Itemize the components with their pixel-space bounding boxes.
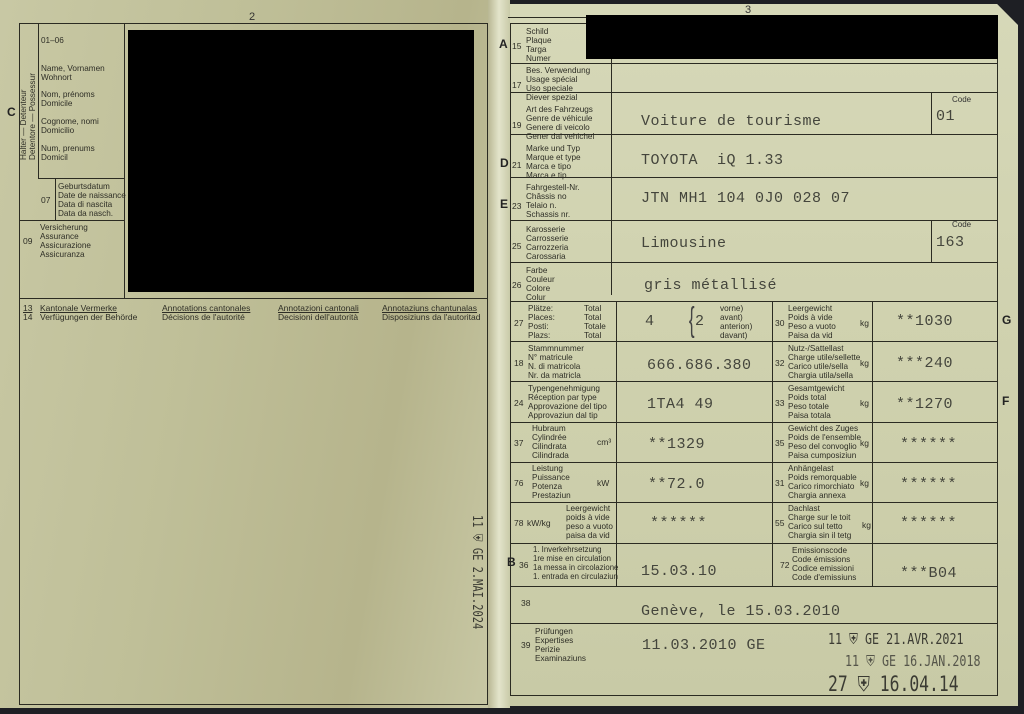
field-07-label: Geburtsdatum <box>58 182 110 191</box>
field-30-label: Poids à vide <box>788 313 833 322</box>
field-37-label: Cylindrée <box>532 433 567 442</box>
field-24-label: Approvaziun dal tip <box>528 411 598 420</box>
field-23-number: 23 <box>512 201 521 211</box>
row-line <box>511 502 998 503</box>
row-line <box>511 381 998 382</box>
field-36-number: 36 <box>519 560 528 570</box>
total-weight-value: **1270 <box>896 396 953 413</box>
field-36-label: 1. entrada en circulaziun <box>533 572 618 581</box>
annotation-de-sub: Verfügungen der Behörde <box>40 313 137 323</box>
annotation-rm-sub: Disposiziuns da l'autoritad <box>382 313 480 323</box>
field-30-label: Paisa da vid <box>788 331 833 340</box>
field-31-label: Chargia annexa <box>788 491 846 500</box>
field-78-label: Leergewicht <box>566 504 610 513</box>
code-label: Code <box>952 95 971 104</box>
field-32-number: 32 <box>775 358 784 368</box>
field-27-number: 27 <box>514 318 523 328</box>
unit-cm3: cm³ <box>597 437 611 447</box>
field-55-number: 55 <box>775 518 784 528</box>
row-line <box>511 422 998 423</box>
row-line <box>511 92 998 93</box>
field-31-label: Carico rimorchiato <box>788 482 854 491</box>
field-33-label: Gesamtgewicht <box>788 384 844 393</box>
field-31-label: Anhängelast <box>788 464 834 473</box>
field-15-number: 15 <box>512 41 521 51</box>
code-label: Code <box>952 220 971 229</box>
field-25-label: Carossaria <box>526 252 566 261</box>
label-col-divider <box>124 23 125 298</box>
field-01-06-label: Cognome, nomi <box>41 117 99 126</box>
inspection-value: 11.03.2010 GE <box>642 637 766 654</box>
field-07-label: Data da nasch. <box>58 209 113 218</box>
field-15-label: Plaque <box>526 36 552 45</box>
section-letter-e: E <box>500 197 508 211</box>
field-19-label: Art des Fahrzeugs <box>526 105 593 114</box>
field-32-label: Chargia utila/sella <box>788 371 853 380</box>
grid-v-right-edge <box>997 301 998 586</box>
field-76-label: Leistung <box>532 464 563 473</box>
field-24-number: 24 <box>514 398 523 408</box>
field-24-label: Réception par type <box>528 393 597 402</box>
displacement-value: **1329 <box>648 436 705 453</box>
field-07-label: Date de naissance <box>58 191 126 200</box>
field-72-number: 72 <box>780 560 789 570</box>
row-line <box>511 341 998 342</box>
field-01-06-label: Domicil <box>41 153 68 162</box>
unit-kg: kg <box>860 478 869 488</box>
row-line <box>511 177 998 178</box>
field-27-total: Totale <box>584 322 606 331</box>
field-17-number: 17 <box>512 80 521 90</box>
roof-load-value: ****** <box>900 515 957 532</box>
field-26-label: Colore <box>526 284 550 293</box>
row-divider-09 <box>20 220 125 221</box>
field-18-label: Stammnummer <box>528 344 584 353</box>
field-21-label: Marca e tip <box>526 171 567 180</box>
unit-kg: kg <box>860 318 869 328</box>
field-17-label: Bes. Verwendung <box>526 66 590 75</box>
field-30-number: 30 <box>775 318 784 328</box>
field-09-label: Assicuranza <box>40 250 85 259</box>
field-72-label: Code d'emissiuns <box>792 573 856 582</box>
unit-kg: kg <box>860 358 869 368</box>
matriculation-value: 666.686.380 <box>647 357 752 374</box>
field-25-label: Karosserie <box>526 225 565 234</box>
field-18-label: Nr. da matricla <box>528 371 581 380</box>
field-01-06-label: Domicilio <box>41 126 74 135</box>
inspection-stamp-2014: 27 ⛨ 16.04.14 <box>828 672 959 697</box>
field-23-label: Châssis no <box>526 192 567 201</box>
field-17-label: Diever spezial <box>526 93 577 102</box>
seats-front-value: 2 <box>695 313 705 330</box>
field-07-number: 07 <box>41 195 50 205</box>
code-col-divider-19 <box>931 92 932 134</box>
power-value: **72.0 <box>648 476 705 493</box>
field-33-label: Paisa totala <box>788 411 831 420</box>
unit-kw-per-kg: kW/kg <box>527 518 551 528</box>
section-letter-c: C <box>7 105 16 119</box>
field-31-label: Poids remorquable <box>788 473 857 482</box>
holder-vertical-label-1: Halter — Detenteur <box>19 89 28 160</box>
grid-v-right-labels <box>872 301 873 586</box>
field-32-label: Charge utile/sellette <box>788 353 860 362</box>
field-78-label: poids à vide <box>566 513 610 522</box>
field-01-06-label: Nom, prénoms <box>41 90 95 99</box>
field-35-label: Paisa cumposiziun <box>788 451 856 460</box>
field-07-label: Data di nascita <box>58 200 112 209</box>
field-37-label: Cilindrata <box>532 442 567 451</box>
field-25-label: Carrozzeria <box>526 243 568 252</box>
field-78-number: 78 <box>514 518 523 528</box>
field-01-06-label: Wohnort <box>41 73 72 82</box>
field-35-label: Peso del convoglio <box>788 442 857 451</box>
field-72-label: Emissionscode <box>792 546 847 555</box>
train-weight-value: ****** <box>900 436 957 453</box>
seats-front-label: davant) <box>720 331 747 340</box>
code-col-divider-25 <box>931 220 932 262</box>
annotation-number-14: 14 <box>23 313 32 323</box>
field-15-label: Targa <box>526 45 546 54</box>
field-26-number: 26 <box>512 280 521 290</box>
field-37-number: 37 <box>514 438 523 448</box>
unit-kg: kg <box>860 398 869 408</box>
field-21-label: Marque et type <box>526 153 581 162</box>
page-number-left: 2 <box>249 11 255 23</box>
annotations-divider <box>20 298 488 299</box>
field-18-number: 18 <box>514 358 523 368</box>
page-gutter <box>488 0 510 708</box>
field-01-06-label: Name, Vornamen <box>41 64 105 73</box>
field-19-number: 19 <box>512 120 521 130</box>
inspection-stamp-2021: 11 ⛨ GE 21.AVR.2021 <box>828 630 964 648</box>
field-39-label: Examinaziuns <box>535 654 586 663</box>
field-37-label: Hubraum <box>532 424 566 433</box>
field-36-label: 1. Inverkehrsetzung <box>533 545 601 554</box>
field-18-label: N° matricule <box>528 353 573 362</box>
field-55-label: Charge sur le toit <box>788 513 850 522</box>
vehicle-type-code: 01 <box>936 108 955 125</box>
make-model-value: TOYOTA iQ 1.33 <box>641 152 784 169</box>
field-27-label: Plätze: <box>528 304 553 313</box>
curb-weight-value: **1030 <box>896 313 953 330</box>
field-37-label: Cilindrada <box>532 451 569 460</box>
section-letter-f: F <box>1002 394 1009 408</box>
seats-front-label: vorne) <box>720 304 743 313</box>
redacted-holder-data <box>128 30 474 292</box>
field-30-label: Leergewicht <box>788 304 832 313</box>
row-line <box>511 543 998 544</box>
field-15-label: Schild <box>526 27 548 36</box>
field-17-label: Usage spécial <box>526 75 577 84</box>
field-38-number: 38 <box>521 598 530 608</box>
redacted-plate-number <box>586 15 998 59</box>
field-09-label: Assurance <box>40 232 79 241</box>
field-27-total: Total <box>584 313 601 322</box>
field-35-number: 35 <box>775 438 784 448</box>
field-23-label: Telaio n. <box>526 201 557 210</box>
field-76-label: Prestaziun <box>532 491 571 500</box>
field-39-label: Perizie <box>535 645 560 654</box>
field-32-label: Carico utile/sella <box>788 362 848 371</box>
field-21-label: Marca e tipo <box>526 162 571 171</box>
field-01-06-number: 01–06 <box>41 36 64 45</box>
place-date-value: Genève, le 15.03.2010 <box>641 603 841 620</box>
row-line <box>511 586 998 587</box>
row-line <box>511 262 998 263</box>
inspection-stamp-2018: 11 ⛨ GE 16.JAN.2018 <box>845 652 981 670</box>
seats-front-label: anterion) <box>720 322 752 331</box>
type-approval-value: 1TA4 49 <box>647 396 714 413</box>
field-26-label: Farbe <box>526 266 547 275</box>
seats-total-value: 4 <box>645 313 655 330</box>
row-line <box>511 301 998 302</box>
seats-front-label: avant) <box>720 313 743 322</box>
field-25-label: Carrosserie <box>526 234 568 243</box>
field-39-label: Prüfungen <box>535 627 573 636</box>
field-36-label: 1re mise en circulation <box>533 554 611 563</box>
field-55-label: Dachlast <box>788 504 820 513</box>
field-26-label: Couleur <box>526 275 555 284</box>
field-27-total: Total <box>584 331 601 340</box>
field-23-label: Fahrgestell-Nr. <box>526 183 580 192</box>
field-09-label: Assicurazione <box>40 241 91 250</box>
field-35-label: Gewicht des Zuges <box>788 424 858 433</box>
field-25-number: 25 <box>512 241 521 251</box>
power-weight-value: ****** <box>650 515 707 532</box>
field-21-number: 21 <box>512 160 521 170</box>
row-line <box>511 63 998 64</box>
field-55-label: Carico sul tetto <box>788 522 843 531</box>
field-55-label: Chargia sin il tetg <box>788 531 851 540</box>
field-01-06-label: Domicile <box>41 99 72 108</box>
field-78-label: peso a vuoto <box>566 522 613 531</box>
field-76-number: 76 <box>514 478 523 488</box>
grid-v-mid <box>772 301 773 586</box>
field-24-label: Typengenehmigung <box>528 384 600 393</box>
unit-kw: kW <box>597 478 609 488</box>
field-35-label: Poids de l'ensemble <box>788 433 861 442</box>
field-78-label: paisa da vid <box>566 531 610 540</box>
field-19-label: Gener dal vehichel <box>526 132 594 141</box>
field-15-label: Numer <box>526 54 551 63</box>
body-type-code: 163 <box>936 234 965 251</box>
grid-v-left-labels <box>616 301 617 586</box>
field-09-label: Versicherung <box>40 223 88 232</box>
towable-value: ****** <box>900 476 957 493</box>
brace-icon: { <box>689 303 695 337</box>
payload-value: ***240 <box>896 355 953 372</box>
chassis-number-value: JTN MH1 104 0J0 028 07 <box>641 190 850 207</box>
field-33-label: Peso totale <box>788 402 829 411</box>
holder-col-divider <box>38 23 39 178</box>
field-33-label: Poids total <box>788 393 826 402</box>
field-72-label: Code émissions <box>792 555 850 564</box>
field-39-number: 39 <box>521 640 530 650</box>
section-letter-d: D <box>500 156 509 170</box>
unit-kg: kg <box>860 438 869 448</box>
emission-code-value: ***B04 <box>900 565 957 582</box>
field-17-label: Uso speciale <box>526 84 573 93</box>
field-09-number: 09 <box>23 236 32 246</box>
num-divider-07 <box>55 178 56 220</box>
field-39-label: Expertises <box>535 636 573 645</box>
section-letter-b: B <box>507 555 516 569</box>
section-letter-a: A <box>499 37 508 51</box>
field-27-label: Posti: <box>528 322 548 331</box>
row-divider-07 <box>38 178 125 179</box>
first-registration-value: 15.03.10 <box>641 563 717 580</box>
body-type-value: Limousine <box>641 235 727 252</box>
field-30-label: Peso a vuoto <box>788 322 836 331</box>
field-26-label: Colur <box>526 293 546 302</box>
field-76-label: Potenza <box>532 482 562 491</box>
vertical-inspection-stamp: 11 ⛨ GE 2.MAI.2024 <box>469 515 484 629</box>
vehicle-type-value: Voiture de tourisme <box>641 113 822 130</box>
color-value: gris métallisé <box>644 277 777 294</box>
field-72-label: Codice emissioni <box>792 564 854 573</box>
field-32-label: Nutz-/Sattellast <box>788 344 844 353</box>
field-36-label: 1a messa in circolazione <box>533 563 618 572</box>
field-76-label: Puissance <box>532 473 570 482</box>
field-27-label: Plazs: <box>528 331 550 340</box>
field-21-label: Marke und Typ <box>526 144 580 153</box>
row-line <box>511 220 998 221</box>
field-31-number: 31 <box>775 478 784 488</box>
field-19-label: Genere di veicolo <box>526 123 590 132</box>
field-19-label: Genre de véhicule <box>526 114 592 123</box>
field-01-06-label: Num, prenums <box>41 144 95 153</box>
unit-kg: kg <box>862 520 871 530</box>
holder-vertical-label-2: Detentore — Possessur <box>28 73 37 160</box>
field-27-label: Places: <box>528 313 555 322</box>
annotation-fr-sub: Décisions de l'autorité <box>162 313 245 323</box>
row-line <box>511 623 998 624</box>
field-24-label: Approvazione del tipo <box>528 402 607 411</box>
row-line <box>511 462 998 463</box>
field-33-number: 33 <box>775 398 784 408</box>
annotation-it-sub: Decisioni dell'autorità <box>278 313 358 323</box>
field-27-total: Total <box>584 304 601 313</box>
section-letter-g: G <box>1002 313 1011 327</box>
field-18-label: N. di matricola <box>528 362 580 371</box>
field-23-label: Schassis nr. <box>526 210 570 219</box>
